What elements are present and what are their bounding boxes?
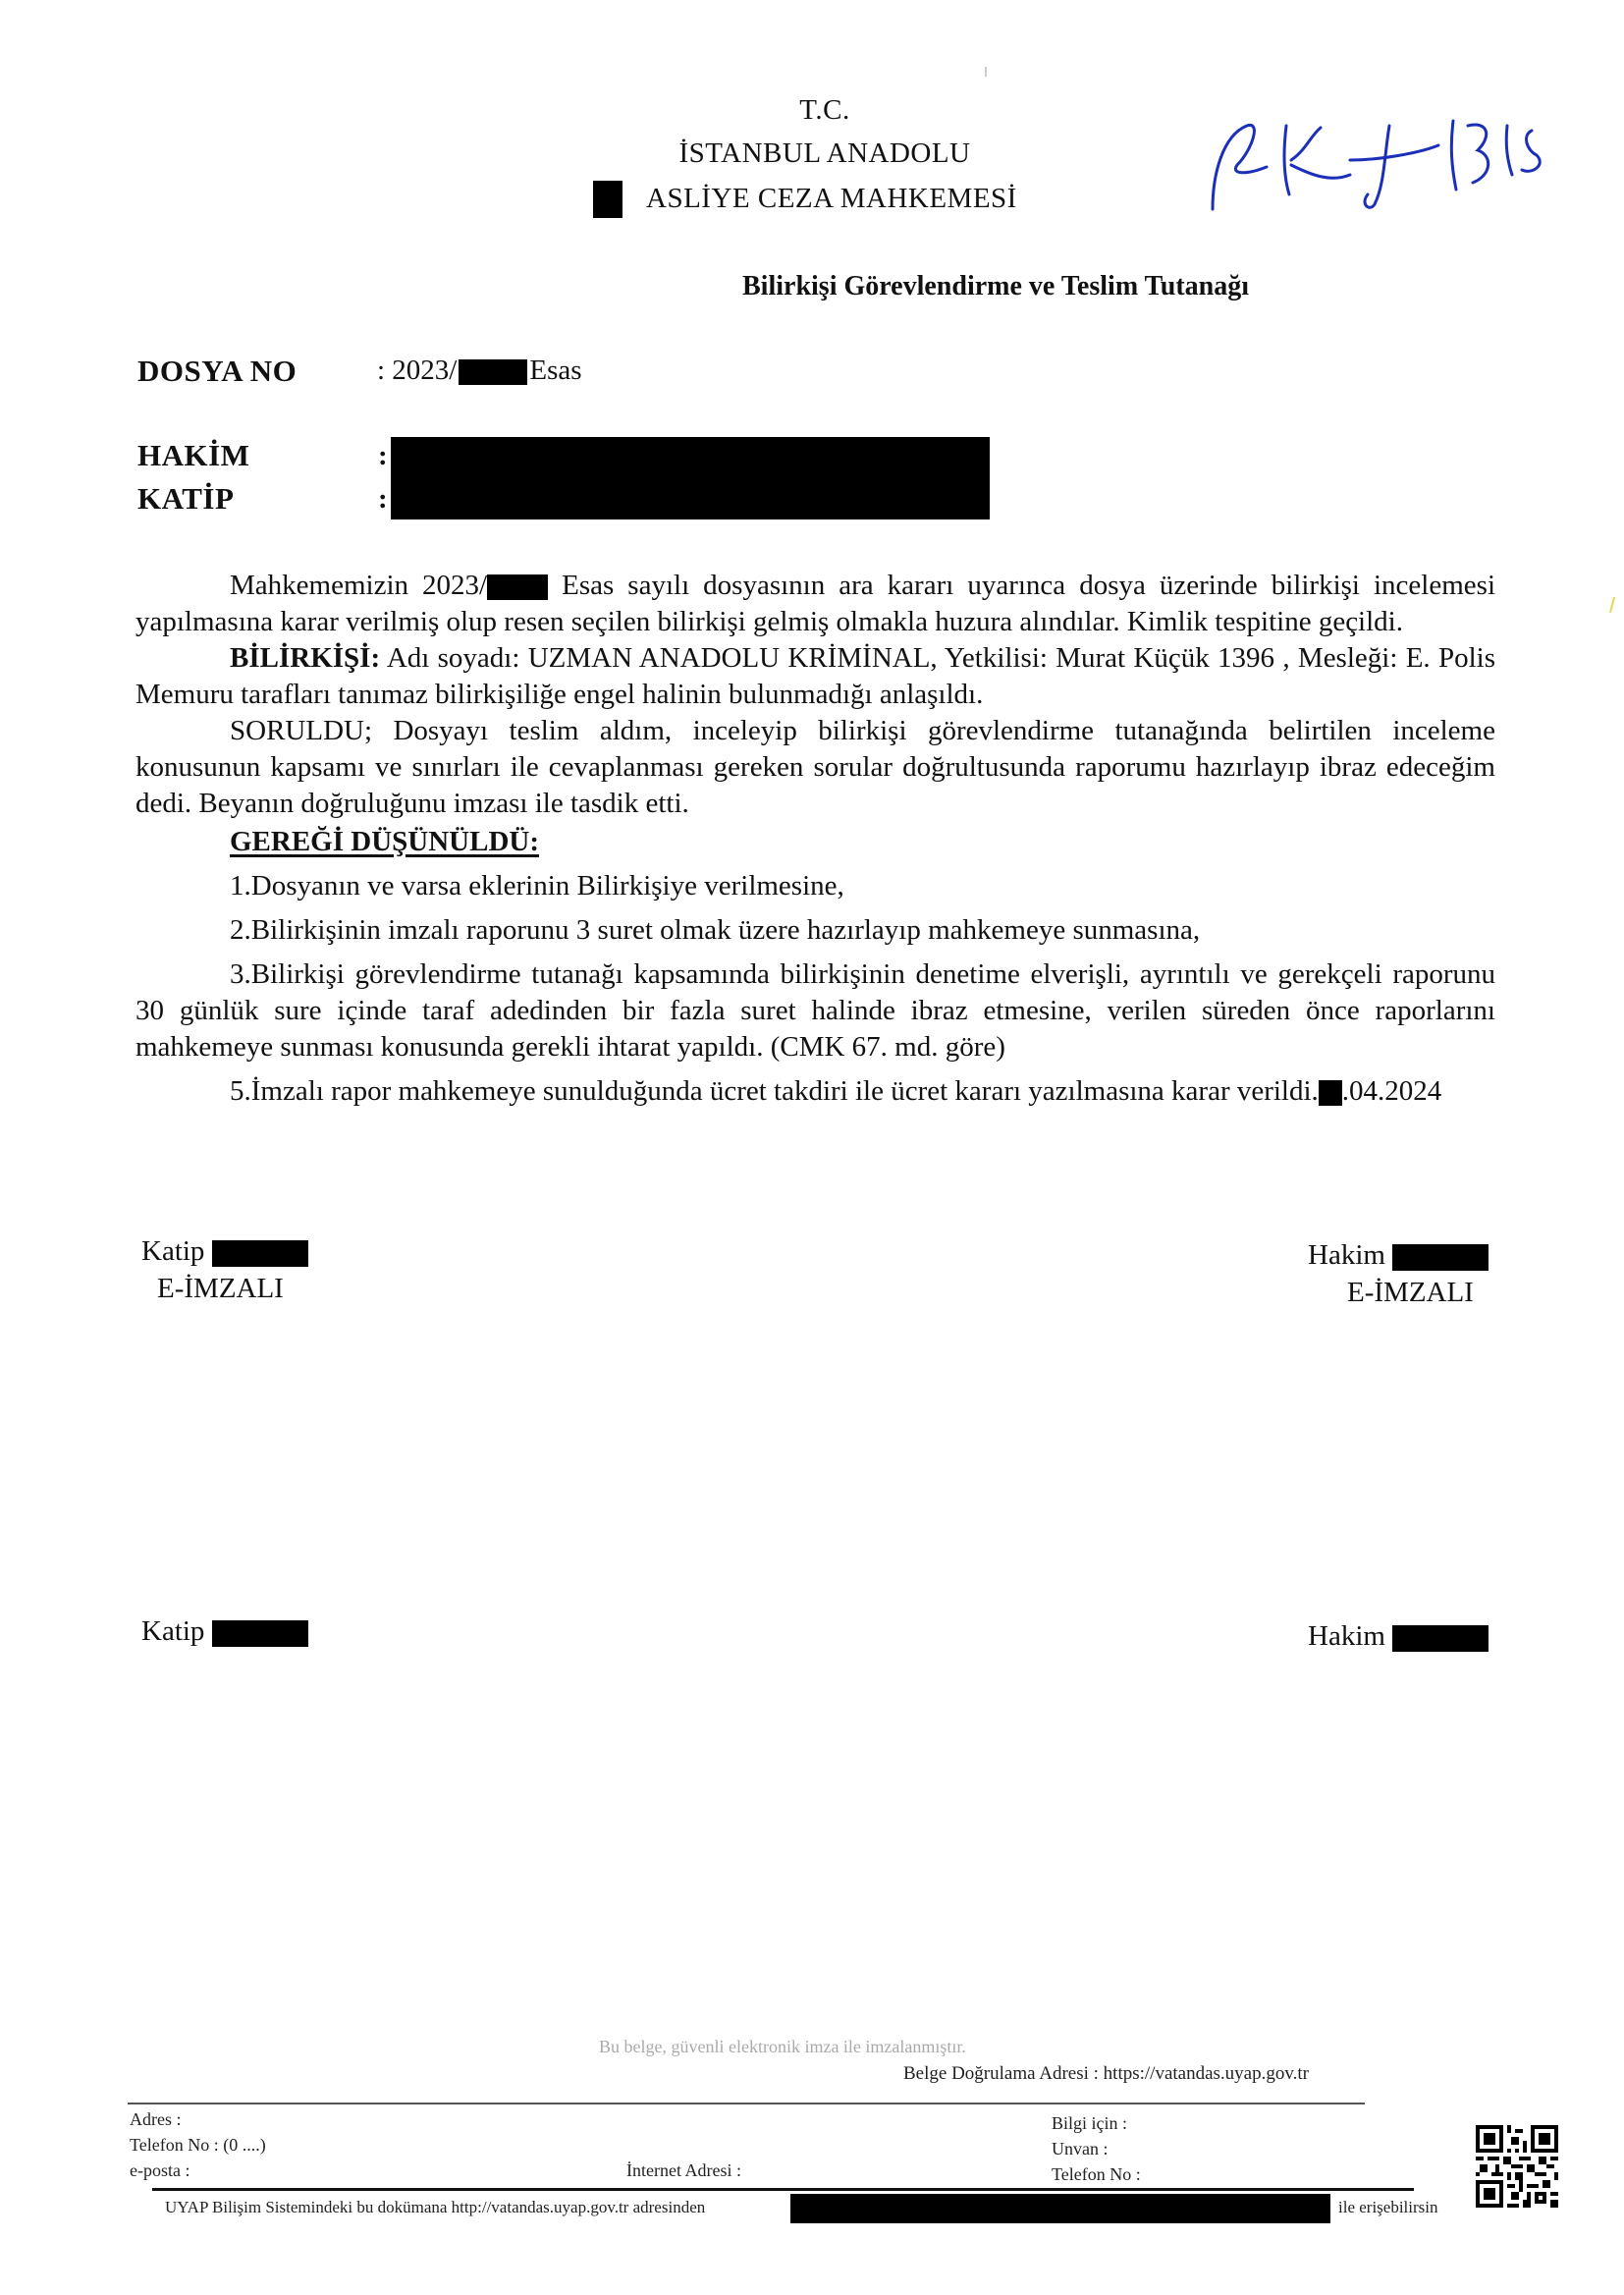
footer-bottom-rule [152, 2188, 1414, 2191]
dosya-no-suffix: Esas [529, 355, 581, 386]
secure-signature-note: Bu belge, güvenli elektronik imza ile im… [599, 2037, 966, 2057]
handwritten-signature [1193, 106, 1605, 214]
redaction-judge-clerk-names [391, 437, 990, 519]
email-label: e-posta : [130, 2160, 189, 2181]
katip-colon: : [378, 483, 388, 516]
hakim-esigned: E-İMZALI [1347, 1277, 1474, 1309]
expert-label: BİLİRKİŞİ: [230, 642, 380, 674]
scan-mark [1609, 597, 1615, 613]
header-country: T.C. [766, 94, 884, 127]
paragraph-asked: SORULDU; Dosyayı teslim aldım, inceleyip… [135, 713, 1495, 822]
contact-phone-label: Telefon No : [1052, 2164, 1141, 2185]
decision-heading: GEREĞİ DÜŞÜNÜLDÜ: [230, 826, 539, 857]
redaction-katip-name-2 [212, 1620, 308, 1647]
redaction-case-number [459, 359, 527, 385]
redaction-hakim-name-2 [1392, 1625, 1489, 1652]
document-title: Bilirkişi Görevlendirme ve Teslim Tutana… [742, 271, 1249, 302]
verification-address: Belge Doğrulama Adresi : https://vatanda… [903, 2063, 1309, 2085]
header-court: ASLİYE CEZA MAHKEMESİ [646, 183, 1017, 215]
hakim-label: HAKİM [137, 438, 249, 473]
katip-signature-1: Katip [141, 1235, 308, 1268]
redaction-date-day [1319, 1080, 1342, 1106]
header-city: İSTANBUL ANADOLU [628, 137, 1021, 170]
internet-address-label: İnternet Adresi : [626, 2160, 741, 2181]
hakim-signature-2: Hakim [1308, 1620, 1489, 1653]
paragraph-intro: Mahkememizin 2023/ Esas sayılı dosyasını… [135, 568, 1495, 640]
access-note-end: ile erişebilirsin [1338, 2198, 1438, 2217]
paragraph-expert: BİLİRKİŞİ: Adı soyadı: UZMAN ANADOLU KRİ… [135, 640, 1495, 713]
redaction-access-code [790, 2194, 1330, 2223]
dosya-no-prefix: : 2023/ [377, 355, 457, 386]
footer-top-rule [128, 2103, 1365, 2104]
decision-heading-line: GEREĞİ DÜŞÜNÜLDÜ: [135, 824, 1495, 860]
decision-item-1: 1.Dosyanın ve varsa eklerinin Bilirkişiy… [135, 868, 1495, 904]
decision-item-5: 5.İmzalı rapor mahkemeye sunulduğunda üc… [135, 1073, 1495, 1110]
redaction-katip-name-1 [212, 1240, 308, 1267]
title-label: Unvan : [1052, 2139, 1109, 2159]
redaction-court-number [593, 181, 623, 218]
decision-item-3: 3.Bilirkişi görevlendirme tutanağı kapsa… [135, 956, 1495, 1066]
document-body: Mahkememizin 2023/ Esas sayılı dosyasını… [135, 568, 1495, 1110]
hakim-colon: : [378, 440, 388, 472]
katip-label: KATİP [137, 481, 234, 517]
address-label: Adres : [130, 2109, 182, 2130]
hakim-signature-1: Hakim [1308, 1239, 1489, 1272]
header-court-line: ASLİYE CEZA MAHKEMESİ [593, 181, 1055, 218]
dosya-no-label: DOSYA NO [137, 354, 297, 389]
access-note: UYAP Bilişim Sistemindeki bu dokümana ht… [165, 2198, 705, 2217]
redaction-hakim-name-1 [1392, 1244, 1489, 1271]
redaction-case-number-2 [487, 574, 548, 600]
qr-code-icon [1476, 2125, 1558, 2208]
decision-item-2: 2.Bilirkişinin imzalı raporunu 3 suret o… [135, 912, 1495, 949]
phone-label: Telefon No : (0 ....) [130, 2135, 266, 2156]
katip-esigned: E-İMZALI [157, 1273, 284, 1305]
katip-signature-2: Katip [141, 1615, 308, 1648]
dosya-no-value: : 2023/Esas [377, 355, 582, 387]
info-label: Bilgi için : [1052, 2113, 1127, 2134]
scan-mark [985, 67, 987, 77]
